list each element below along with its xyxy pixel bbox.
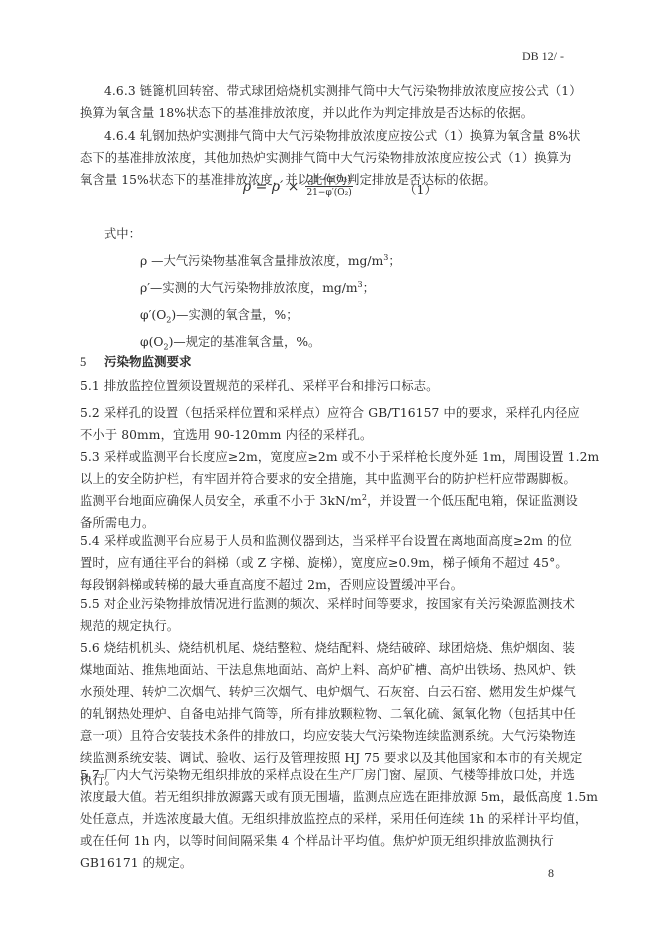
section-title: 污染物监测要求 (104, 354, 192, 369)
formula-fraction: 21−φ(O₂) 21−φ′(O₂) (304, 175, 353, 198)
paragraph-5-2: 5.2 采样孔的设置（包括采样位置和采样点）应符合 GB/T16157 中的要求… (80, 402, 562, 446)
text-line: 5.4 采样或监测平台应易于人员和监测仪器到达，当采样平台设置在离地面高度≥2m… (80, 530, 562, 552)
paragraph-5-5: 5.5 对企业污染物排放情况进行监测的频次、采样时间等要求，按国家有关污染源监测… (80, 593, 562, 637)
section-number: 5 (80, 355, 104, 370)
paragraph-5-3: 5.3 采样或监测平台长度应≥2m，宽度应≥2m 或不小于采样枪长度外延 1m，… (80, 446, 562, 534)
text-line: 5.2 采样孔的设置（包括采样位置和采样点）应符合 GB/T16157 中的要求… (80, 402, 562, 424)
text-line: 5.5 对企业污染物排放情况进行监测的频次、采样时间等要求，按国家有关污染源监测… (80, 593, 562, 615)
section-5-heading: 5污染物监测要求 (80, 352, 192, 370)
text-line: 浓度最大值。若无组织排放源露天或有顶无围墙，监测点应选在距排放源 5m，最低高度… (80, 786, 562, 808)
definition-rho: ρ —大气污染物基准氧含量排放浓度，mg/m3； (140, 253, 401, 269)
paragraph-5-1: 5.1 排放监控位置须设置规范的采样孔、采样平台和排污口标志。 (80, 375, 562, 397)
equation-number: （1） (404, 180, 437, 198)
text-line: 5.1 排放监控位置须设置规范的采样孔、采样平台和排污口标志。 (80, 375, 562, 397)
paragraph-5-7: 5.7 厂内大气污染物无组织排放的采样点设在生产厂房门窗、屋顶、气楼等排放口处，… (80, 764, 562, 874)
definition-rho-prime: ρ′—实测的大气污染物排放浓度，mg/m3； (140, 280, 375, 296)
text-line: 5.7 厂内大气污染物无组织排放的采样点设在生产厂房门窗、屋顶、气楼等排放口处，… (80, 764, 562, 786)
definition-phi: φ(O2)—规定的基准氧含量，%。 (140, 334, 320, 350)
text-line: 态下的基准排放浓度，其他加热炉实测排气筒中大气污染物排放浓度应按公式（1）换算为 (80, 147, 562, 169)
text-line: 处任意点，并选浓度最大值。无组织排放监控点的采样，采用任何连续 1h 的采样计平… (80, 808, 562, 830)
text-line: 4.6.3 链篦机回转窑、带式球团焙烧机实测排气筒中大气污染物排放浓度应按公式（… (80, 80, 562, 102)
paragraph-5-4: 5.4 采样或监测平台应易于人员和监测仪器到达，当采样平台设置在离地面高度≥2m… (80, 530, 562, 596)
text-line: 以上的安全防护栏，有牢固并符合要求的安全措施，其中监测平台的防护栏杆应带踢脚板。 (80, 468, 562, 490)
text-line: 置时，应有通往平台的斜梯（或 Z 字梯、旋梯），宽度应≥0.9m，梯子倾角不超过… (80, 552, 562, 574)
text-line: 规范的规定执行。 (80, 615, 562, 637)
text-line: 水预处理、转炉二次烟气、转炉三次烟气、电炉烟气、石灰窑、白云石窑、燃用发生炉煤气 (80, 681, 562, 703)
formula-denominator: 21−φ′(O₂) (304, 187, 353, 198)
text-line: 5.3 采样或监测平台长度应≥2m，宽度应≥2m 或不小于采样枪长度外延 1m，… (80, 446, 562, 468)
text-line: 5.6 烧结机机头、烧结机机尾、烧结整粒、烧结配料、烧结破碎、球团焙烧、焦炉烟囱… (80, 637, 562, 659)
formula-numerator: 21−φ(O₂) (305, 175, 352, 187)
document-page: DB 12/ - 4.6.3 链篦机回转窑、带式球团焙烧机实测排气筒中大气污染物… (0, 0, 660, 933)
page-number: 8 (548, 866, 554, 881)
text-line: 意一项）且符合安装技术条件的排放口，均应安装大气污染物连续监测系统。大气污染物连 (80, 725, 562, 747)
text-line: 煤地面站、推焦地面站、干法息焦地面站、高炉上料、高炉矿槽、高炉出铁场、热风炉、铁 (80, 659, 562, 681)
text-line: 监测平台地面应确保人员安全，承重不小于 3kN/m2，并设置一个低压配电箱，保证… (80, 490, 562, 512)
text-line: 的轧钢热处理炉、自备电站排气筒等，所有排放颗粒物、二氧化硫、氮氧化物（包括其中任 (80, 703, 562, 725)
formula-1: ρ = ρ′ × 21−φ(O₂) 21−φ′(O₂) (243, 175, 354, 198)
definition-phi-prime: φ′(O2)—实测的氧含量，%； (140, 307, 299, 323)
document-code-header: DB 12/ - (522, 49, 564, 64)
text-line: GB16171 的规定。 (80, 852, 562, 874)
formula-lhs: ρ = ρ′ × (243, 179, 299, 195)
text-line: 4.6.4 轧钢加热炉实测排气筒中大气污染物排放浓度应按公式（1）换算为氧含量 … (80, 125, 562, 147)
text-line: 或在任何 1h 内，以等时间间隔采集 4 个样品计平均值。焦炉炉顶无组织排放监测… (80, 830, 562, 852)
text-line: 换算为氧含量 18%状态下的基准排放浓度，并以此作为判定排放是否达标的依据。 (80, 102, 562, 124)
paragraph-4-6-3: 4.6.3 链篦机回转窑、带式球团焙烧机实测排气筒中大气污染物排放浓度应按公式（… (80, 80, 562, 124)
where-label: 式中： (104, 226, 141, 242)
text-line: 不小于 80mm，宜选用 90-120mm 内径的采样孔。 (80, 424, 562, 446)
